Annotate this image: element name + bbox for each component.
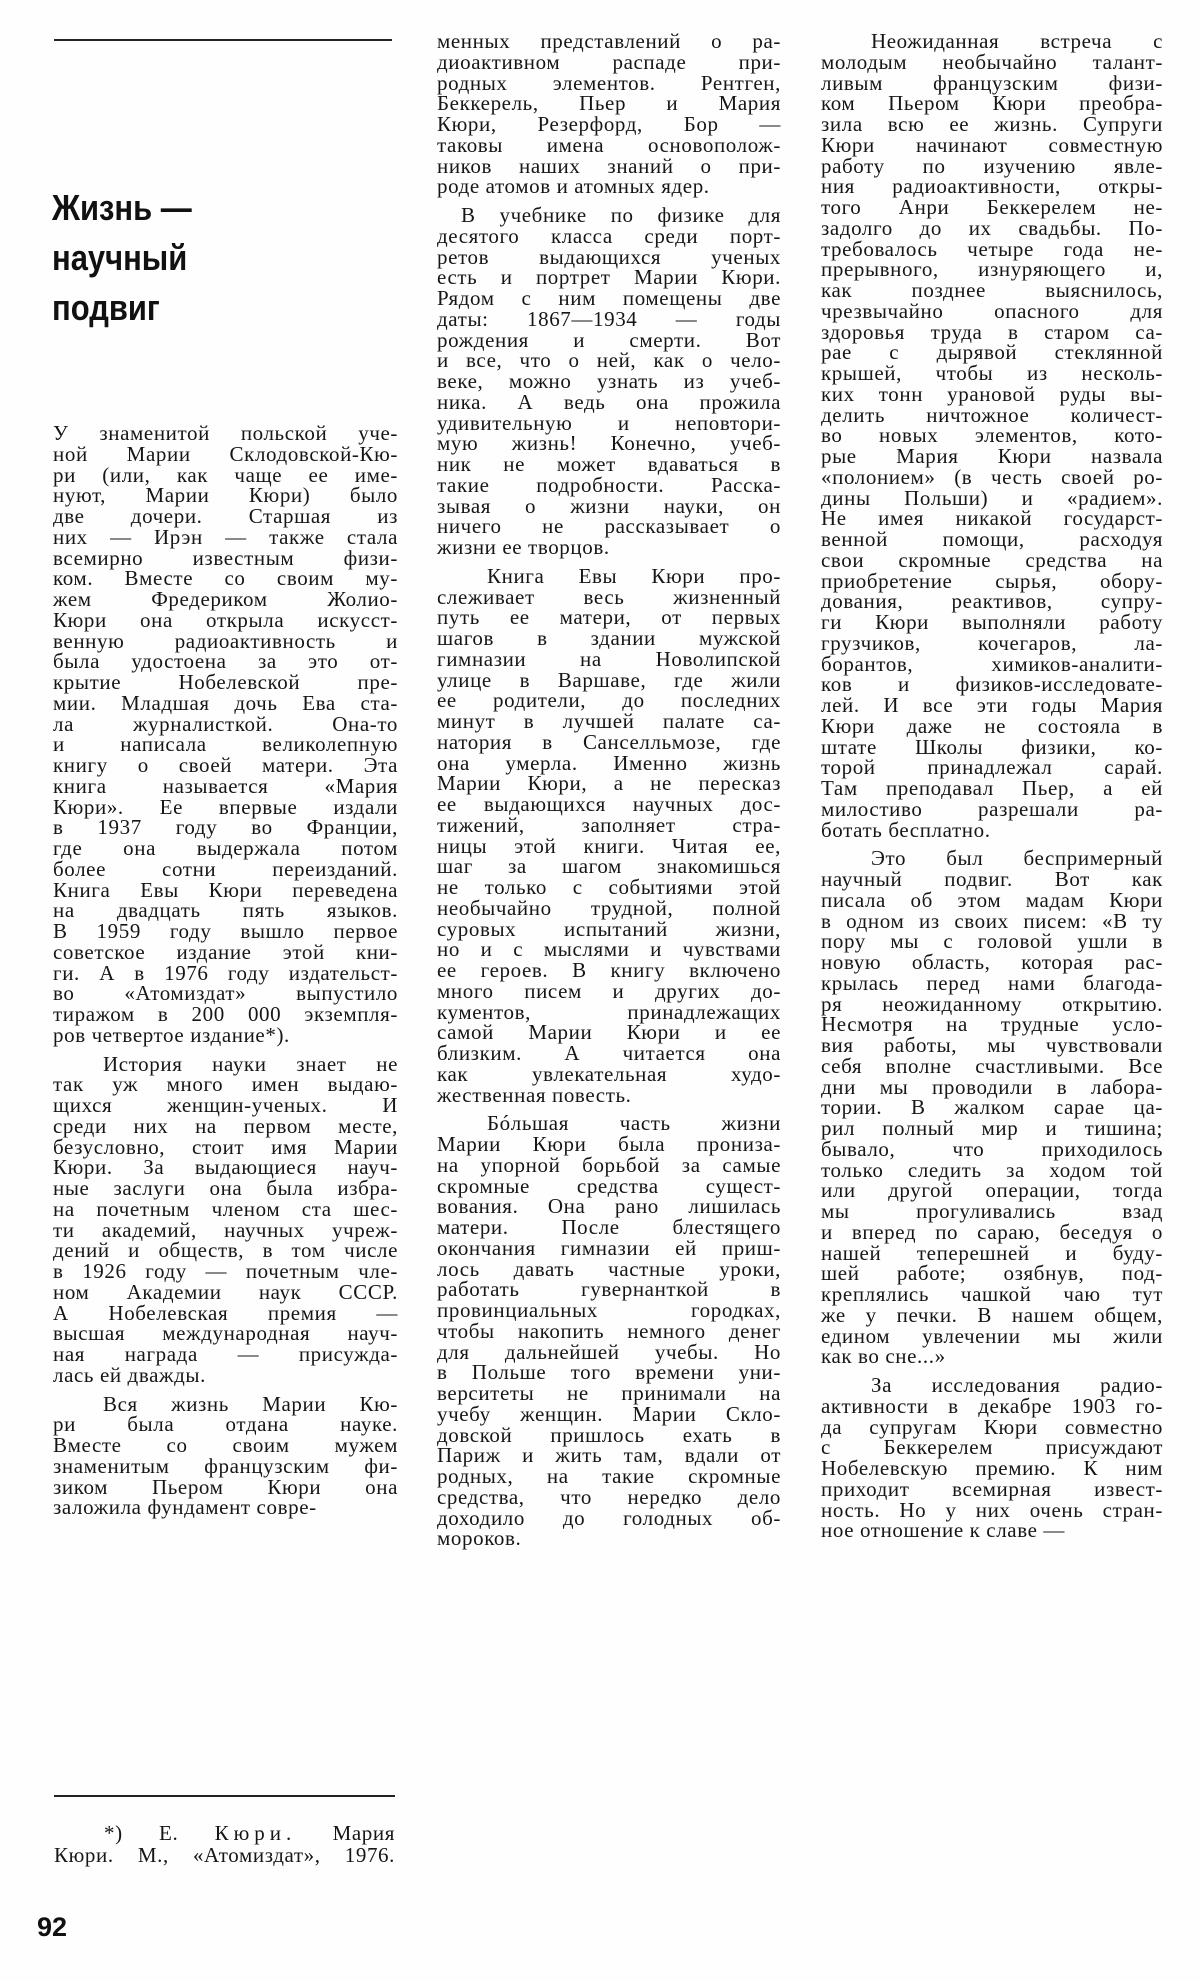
text-line: приобретение сырья, обору-: [821, 571, 1163, 592]
text-line: дений и обществ, в том числе: [53, 1240, 398, 1261]
text-line: ри (или, как чаще ее име-: [53, 465, 398, 486]
text-line: делить ничтожное количест-: [821, 405, 1163, 426]
text-line: всемирно известным физи-: [53, 548, 398, 569]
text-column-3: Неожиданная встреча смолодым необычайно …: [821, 31, 1163, 1541]
text-line: роде атомов и атомных ядер.: [437, 176, 781, 197]
text-line: и вперед по сараю, беседуя о: [821, 1222, 1163, 1243]
text-line: жем Фредериком Жолио-: [53, 589, 398, 610]
text-line: рождения и смерти. Вот: [437, 330, 781, 351]
text-line: в одном из своих писем: «В ту: [821, 911, 1163, 932]
text-line: заложила фундамент совре-: [53, 1497, 398, 1518]
text-line: бывало, что приходилось: [821, 1139, 1163, 1160]
title-line: подвиг: [52, 283, 344, 333]
text-line: Кюри, Резерфорд, Бор —: [437, 114, 781, 135]
text-line: шаг за шагом знакомишься: [437, 856, 781, 877]
text-line: ретов выдающихся ученых: [437, 247, 781, 268]
text-line: на упорной борьбой за самые: [437, 1155, 781, 1176]
text-line: ри была отдана науке.: [53, 1414, 398, 1435]
text-line: нуют, Марии Кюри) было: [53, 485, 398, 506]
text-line: За исследования радио-: [821, 1375, 1163, 1396]
text-line: как увлекательная худо-: [437, 1064, 781, 1085]
text-line: себя вполне счастливыми. Все: [821, 1056, 1163, 1077]
text-line: работу по изучению явле-: [821, 156, 1163, 177]
paragraph: Это был беспримерныйнаучный подвиг. Вот …: [821, 848, 1163, 1367]
text-line: писала об этом мадам Кюри: [821, 890, 1163, 911]
text-line: здоровья труда в старом са-: [821, 322, 1163, 343]
text-line: Марии Кюри, а не пересказ: [437, 773, 781, 794]
text-line: Марии Кюри была пронизa-: [437, 1134, 781, 1155]
text-line: ное отношение к славе —: [821, 1520, 1163, 1541]
text-line: зиком Пьером Кюри она: [53, 1477, 398, 1498]
text-line: них — Ирэн — также стала: [53, 527, 398, 548]
text-line: ливым французским физи-: [821, 73, 1163, 94]
text-line: путь ее матери, от первых: [437, 607, 781, 628]
text-line: В учебнике по физике для: [437, 205, 781, 226]
text-line: чтобы накопить немного денег: [437, 1321, 781, 1342]
text-line: удивительную и неповтори-: [437, 413, 781, 434]
text-line: шей работе; озябнув, под-: [821, 1263, 1163, 1284]
text-line: во «Атомиздат» выпустило: [53, 983, 398, 1004]
text-line: молодым необычайно талант-: [821, 52, 1163, 73]
text-line: крылась перед нами благода-: [821, 973, 1163, 994]
footnote-initial: Е.: [159, 1821, 178, 1845]
page-number: 92: [37, 1912, 67, 1943]
text-line: ее героев. В книгу включено: [437, 960, 781, 981]
paragraph: Бóльшая часть жизниМарии Кюри была прони…: [437, 1113, 781, 1549]
text-line: дования, реактивов, супру-: [821, 591, 1163, 612]
text-line: венной помощи, расходуя: [821, 529, 1163, 550]
text-line: А Нобелевская премия —: [53, 1303, 398, 1324]
text-line: ницы этой книги. Читая ее,: [437, 836, 781, 857]
text-line: на почетным членом ста шес-: [53, 1199, 398, 1220]
text-line: ги. А в 1976 году издательст-: [53, 963, 398, 984]
text-line: ла журналисткой. Она-то: [53, 714, 398, 735]
text-line: ничего не рассказывает о: [437, 516, 781, 537]
text-column-2: менных представлений о ра-диоактивном ра…: [437, 31, 781, 1549]
text-line: и все, что о ней, как о чело-: [437, 350, 781, 371]
text-line: того Анри Беккерелем не-: [821, 197, 1163, 218]
text-line: довской пришлось ехать в: [437, 1425, 781, 1446]
text-line: две дочери. Старшая из: [53, 506, 398, 527]
footnote-line-2: Кюри. М., «Атомиздат», 1976.: [54, 1844, 395, 1866]
text-line: В 1959 году вышло первое: [53, 921, 398, 942]
text-line: в Польше того времени уни-: [437, 1362, 781, 1383]
text-line: зывая о жизни науки, он: [437, 496, 781, 517]
text-line: Париж и жить там, вдали от: [437, 1445, 781, 1466]
text-line: учебу женщин. Марии Скло-: [437, 1404, 781, 1425]
text-line: верситеты не принимали на: [437, 1383, 781, 1404]
text-line: или другой операции, тогда: [821, 1180, 1163, 1201]
text-line: ной Марии Склодовской-Кю-: [53, 444, 398, 465]
text-line: шагов в здании мужской: [437, 628, 781, 649]
text-line: безусловно, стоит имя Марии: [53, 1137, 398, 1158]
text-line: новую область, которая рас-: [821, 952, 1163, 973]
text-line: ков и физиков-исследовате-: [821, 674, 1163, 695]
text-line: диоактивном распаде при-: [437, 52, 781, 73]
text-line: улице в Варшаве, где жили: [437, 670, 781, 691]
footnote-rule: [54, 1795, 395, 1797]
paragraph: У знаменитой польской уче-ной Марии Скло…: [53, 423, 398, 1046]
text-line: книга называется «Мария: [53, 776, 398, 797]
text-line: Книга Евы Кюри про-: [437, 566, 781, 587]
text-line: доходило до голодных об-: [437, 1508, 781, 1529]
text-line: окончания гимназии ей приш-: [437, 1238, 781, 1259]
text-line: Вся жизнь Марии Кю-: [53, 1394, 398, 1415]
text-line: крышей, чтобы из несколь-: [821, 363, 1163, 384]
text-line: лей. И все эти годы Мария: [821, 695, 1163, 716]
text-line: слеживает весь жизненный: [437, 587, 781, 608]
text-line: Кюри начинают совместную: [821, 135, 1163, 156]
text-line: ная награда — присужда-: [53, 1344, 398, 1365]
text-line: крытие Нобелевской пре-: [53, 672, 398, 693]
text-line: Беккерель, Пьер и Мария: [437, 93, 781, 114]
text-line: ные заслуги она была избра-: [53, 1178, 398, 1199]
text-line: книгу о своей матери. Эта: [53, 755, 398, 776]
text-line: веке, можно узнать из учеб-: [437, 371, 781, 392]
text-line: необычайно трудной, полной: [437, 898, 781, 919]
text-line: История науки знает не: [53, 1054, 398, 1075]
text-line: венную радиоактивность и: [53, 631, 398, 652]
text-line: ком Пьером Кюри преобра-: [821, 93, 1163, 114]
paragraph: В учебнике по физике длядесятого класса …: [437, 205, 781, 558]
article-title: Жизнь — научный подвиг: [52, 183, 344, 333]
text-line: Не имея никакой государст-: [821, 508, 1163, 529]
text-line: чрезвычайно опасного для: [821, 301, 1163, 322]
text-line: ников наших знаний о при-: [437, 156, 781, 177]
text-line: такие подробности. Расска-: [437, 475, 781, 496]
text-line: Кюри даже не состояла в: [821, 716, 1163, 737]
text-line: милостиво разрешали ра-: [821, 799, 1163, 820]
text-line: торой принадлежал сарай.: [821, 757, 1163, 778]
text-line: высшая международная науч-: [53, 1323, 398, 1344]
text-line: да супругам Кюри совместно: [821, 1417, 1163, 1438]
paragraph: Неожиданная встреча смолодым необычайно …: [821, 31, 1163, 840]
text-line: мы прогуливались взад: [821, 1201, 1163, 1222]
paragraph: Вся жизнь Марии Кю-ри была отдана науке.…: [53, 1394, 398, 1519]
text-line: ник не может вдаваться в: [437, 454, 781, 475]
text-line: мую жизнь! Конечно, учеб-: [437, 433, 781, 454]
text-line: «полонием» (в честь своей ро-: [821, 467, 1163, 488]
text-line: прерывного, изнуряющего и,: [821, 259, 1163, 280]
header-rule: [54, 39, 392, 41]
text-line: скромные средства сущест-: [437, 1176, 781, 1197]
text-line: ти академий, научных учреж-: [53, 1220, 398, 1241]
text-line: как во сне...»: [821, 1346, 1163, 1367]
paragraph: История науки знает нетак уж много имен …: [53, 1054, 398, 1386]
text-line: мии. Младшая дочь Ева ста-: [53, 693, 398, 714]
text-line: креплялись чашкой чаю тут: [821, 1284, 1163, 1305]
text-line: штате Школы физики, ко-: [821, 737, 1163, 758]
footnote-title: Мария: [333, 1821, 395, 1845]
title-line: научный: [52, 233, 344, 283]
text-line: во новых элементов, кото-: [821, 425, 1163, 446]
text-line: провинциальных городках,: [437, 1300, 781, 1321]
text-line: требовалось четыре года не-: [821, 239, 1163, 260]
text-line: вия работы, мы чувствовали: [821, 1035, 1163, 1056]
text-line: ном Академии наук СССР.: [53, 1282, 398, 1303]
text-line: Книга Евы Кюри переведена: [53, 880, 398, 901]
text-line: нашей теперешней и буду-: [821, 1243, 1163, 1264]
text-line: в 1926 году — почетным чле-: [53, 1261, 398, 1282]
text-line: Рядом с ним помещены две: [437, 288, 781, 309]
text-line: Неожиданная встреча с: [821, 31, 1163, 52]
text-line: матери. После блестящего: [437, 1217, 781, 1238]
text-line: лась ей дважды.: [53, 1365, 398, 1386]
text-line: была удостоена за это от-: [53, 651, 398, 672]
text-line: ких тонн урановой руды вы-: [821, 384, 1163, 405]
text-line: ботать бесплатно.: [821, 820, 1163, 841]
text-line: среди них на первом месте,: [53, 1116, 398, 1137]
text-line: натория в Санселльмозе, где: [437, 732, 781, 753]
text-line: Кюри». Ее впервые издали: [53, 797, 398, 818]
text-line: едином увлечении мы жили: [821, 1326, 1163, 1347]
text-line: приходит всемирная извест-: [821, 1479, 1163, 1500]
paragraph: менных представлений о ра-диоактивном ра…: [437, 31, 781, 197]
text-line: дины Польши) и «радием».: [821, 488, 1163, 509]
text-line: не только с событиями этой: [437, 877, 781, 898]
text-line: с Беккерелем присуждают: [821, 1437, 1163, 1458]
text-line: минут в лучшей палате са-: [437, 711, 781, 732]
title-line: Жизнь —: [52, 183, 344, 233]
text-line: десятого класса среди порт-: [437, 226, 781, 247]
text-line: грузчиков, кочегаров, ла-: [821, 633, 1163, 654]
text-line: задолго до их свадьбы. По-: [821, 218, 1163, 239]
text-line: средства, что нередко дело: [437, 1487, 781, 1508]
text-line: работать гувернанткой в: [437, 1279, 781, 1300]
text-line: как позднее выяснилось,: [821, 280, 1163, 301]
text-line: где она выдержала потом: [53, 838, 398, 859]
footnote: *) Е. Кюри. Мария Кюри. М., «Атомиздат»,…: [54, 1822, 395, 1866]
text-line: ря неожиданному открытию.: [821, 994, 1163, 1015]
text-line: тиражом в 200 000 экземпля-: [53, 1004, 398, 1025]
text-line: мороков.: [437, 1528, 781, 1549]
text-line: Вместе со своим мужем: [53, 1435, 398, 1456]
text-line: близким. А читается она: [437, 1043, 781, 1064]
text-line: вования. Она рано лишилась: [437, 1196, 781, 1217]
footnote-author: Кюри.: [215, 1821, 297, 1845]
text-line: Нобелевскую премию. К ним: [821, 1458, 1163, 1479]
text-line: только следить за ходом той: [821, 1160, 1163, 1181]
text-line: ком. Вместе со своим му-: [53, 568, 398, 589]
text-line: Несмотря на трудные усло-: [821, 1014, 1163, 1035]
footnote-marker: *): [104, 1821, 123, 1845]
text-line: и написала великолепную: [53, 734, 398, 755]
text-line: родных элементов. Рентген,: [437, 73, 781, 94]
text-line: жественная повесть.: [437, 1085, 781, 1106]
text-line: ее выдающихся научных дос-: [437, 794, 781, 815]
text-line: таковы имена основополож-: [437, 135, 781, 156]
text-line: даты: 1867—1934 — годы: [437, 309, 781, 330]
text-line: есть и портрет Марии Кюри.: [437, 267, 781, 288]
text-line: кументов, принадлежащих: [437, 1002, 781, 1023]
text-line: лось давать частные уроки,: [437, 1259, 781, 1280]
text-line: знаменитым французским фи-: [53, 1456, 398, 1477]
text-line: же у печки. В нашем общем,: [821, 1305, 1163, 1326]
text-line: щихся женщин-ученых. И: [53, 1095, 398, 1116]
text-column-1: У знаменитой польской уче-ной Марии Скло…: [53, 423, 398, 1518]
text-line: для дальнейшей учебы. Но: [437, 1342, 781, 1363]
text-line: научный подвиг. Вот как: [821, 869, 1163, 890]
text-line: тории. В жалком сарае ца-: [821, 1097, 1163, 1118]
text-line: У знаменитой польской уче-: [53, 423, 398, 444]
text-line: ния радиоактивности, откры-: [821, 176, 1163, 197]
text-line: ника. А ведь она прожила: [437, 392, 781, 413]
text-line: в 1937 году во Франции,: [53, 817, 398, 838]
text-line: активности в декабре 1903 го-: [821, 1396, 1163, 1417]
text-line: пору мы с головой ушли в: [821, 931, 1163, 952]
text-line: родных, на такие скромные: [437, 1466, 781, 1487]
text-line: Бóльшая часть жизни: [437, 1113, 781, 1134]
text-line: тижений, заполняет стра-: [437, 815, 781, 836]
text-line: Это был беспримерный: [821, 848, 1163, 869]
text-line: свои скромные средства на: [821, 550, 1163, 571]
paragraph: За исследования радио-активности в декаб…: [821, 1375, 1163, 1541]
text-line: рил полный мир и тишина;: [821, 1118, 1163, 1139]
text-line: Кюри она открыла искусст-: [53, 610, 398, 631]
text-line: так уж много имен выдаю-: [53, 1074, 398, 1095]
text-line: ров четвертое издание*).: [53, 1025, 398, 1046]
text-line: рые Мария Кюри назвала: [821, 446, 1163, 467]
text-line: Кюри. За выдающиеся науч-: [53, 1157, 398, 1178]
text-line: на двадцать пять языков.: [53, 900, 398, 921]
text-line: она умерла. Именно жизнь: [437, 753, 781, 774]
text-line: борантов, химиков-аналити-: [821, 654, 1163, 675]
text-line: но и с мыслями и чувствами: [437, 939, 781, 960]
text-line: ее родители, до последних: [437, 690, 781, 711]
text-line: зила всю ее жизнь. Супруги: [821, 114, 1163, 135]
text-line: ность. Но у них очень стран-: [821, 1500, 1163, 1521]
paragraph: Книга Евы Кюри про-слеживает весь жизнен…: [437, 566, 781, 1106]
text-line: более сотни переизданий.: [53, 859, 398, 880]
text-line: жизни ее творцов.: [437, 537, 781, 558]
text-line: Там преподавал Пьер, а ей: [821, 778, 1163, 799]
text-line: самой Марии Кюри и ее: [437, 1022, 781, 1043]
text-line: советское издание этой кни-: [53, 942, 398, 963]
footnote-line-1: *) Е. Кюри. Мария: [54, 1822, 395, 1844]
text-line: суровых испытаний жизни,: [437, 919, 781, 940]
text-line: много писем и других до-: [437, 981, 781, 1002]
text-line: рае с дырявой стеклянной: [821, 342, 1163, 363]
text-line: менных представлений о ра-: [437, 31, 781, 52]
text-line: гимназии на Новолипской: [437, 649, 781, 670]
text-line: ги Кюри выполняли работу: [821, 612, 1163, 633]
text-line: дни мы проводили в лабора-: [821, 1077, 1163, 1098]
